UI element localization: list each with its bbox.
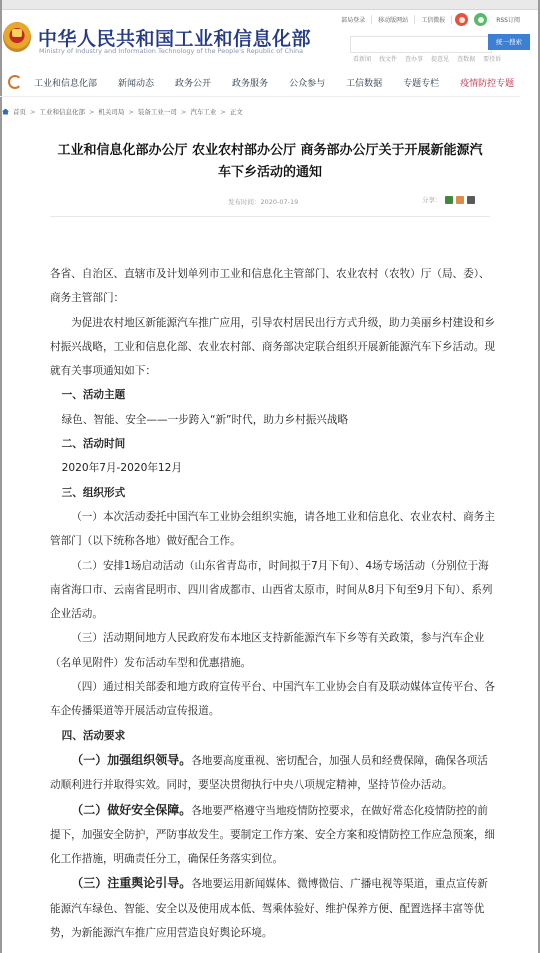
salutation: 各省、自治区、直辖市及计划单列市工业和信息化主管部门、农业农村（农牧）厅（局、委… (50, 262, 495, 311)
breadcrumb-home[interactable]: 首页 (13, 107, 26, 116)
quick-link-documents[interactable]: 找文件 (379, 54, 397, 63)
rss-link[interactable]: RSS订阅 (490, 15, 526, 24)
format-item-1: （一）本次活动委托中国汽车工业协会组织实施，请各地工业和信息化、农业农村、商务主… (50, 505, 495, 554)
requirement-lead: （二）做好安全保障。 (71, 803, 191, 817)
breadcrumb-auto-industry[interactable]: 汽车工业 (190, 107, 216, 116)
breadcrumb-current: 正文 (230, 107, 243, 116)
nav-item-news[interactable]: 新闻动态 (118, 76, 154, 89)
nav-item-topics[interactable]: 专题专栏 (403, 76, 439, 89)
breadcrumb-separator: > (181, 108, 186, 116)
intro-paragraph: 为促进农村地区新能源汽车推广应用，引导农村居民出行方式升级，助力美丽乡村建设和乡… (50, 311, 495, 384)
nav-item-gov-affairs[interactable]: 政务公开 (175, 76, 211, 89)
share-weibo-icon[interactable] (456, 196, 464, 204)
search-button[interactable]: 统一搜索 (488, 34, 530, 50)
requirement-lead: （三）注重舆论引导。 (71, 876, 191, 890)
breadcrumb-separator: > (128, 108, 133, 116)
breadcrumb: 首页 > 工业和信息化部 > 机关司局 > 装备工业一司 > 汽车工业 > 正文 (2, 107, 243, 116)
miit-logo-icon[interactable] (8, 75, 22, 89)
breadcrumb-separator: > (30, 108, 35, 116)
breadcrumb-departments[interactable]: 机关司局 (98, 107, 124, 116)
browser-top-bar (0, 0, 540, 10)
share-bar: 分享： (422, 195, 475, 204)
quick-link-news[interactable]: 看新闻 (353, 54, 371, 63)
login-link[interactable]: 部局登录 (335, 15, 372, 24)
section-heading-theme: 一、活动主题 (50, 383, 495, 407)
nav-item-home[interactable]: 工业和信息化部 (34, 76, 97, 89)
theme-text: 绿色、智能、安全——一步跨入“新”时代，助力乡村振兴战略 (50, 408, 495, 432)
format-item-2: （二）安排1场启动活动（山东省青岛市，时间拟于7月下旬）、4场专场活动（分别位于… (50, 554, 495, 627)
site-subtitle: Ministry of Industry and Information Tec… (39, 47, 303, 55)
nav-item-public-participation[interactable]: 公众参与 (289, 76, 325, 89)
requirement-lead: （一）加强组织领导。 (71, 753, 191, 767)
quick-link-complaint[interactable]: 要投诉 (483, 54, 501, 63)
nav-item-epidemic[interactable]: 疫情防控专题 (460, 76, 514, 89)
weibo-icon[interactable] (455, 13, 468, 26)
article-body: 各省、自治区、直辖市及计划单列市工业和信息化主管部门、农业农村（农牧）厅（局、委… (50, 262, 495, 945)
quick-links: 看新闻 找文件 查办事 提意见 查数据 要投诉 (353, 54, 501, 63)
section-heading-requirements: 四、活动要求 (50, 724, 495, 748)
section-heading-time: 二、活动时间 (50, 432, 495, 456)
quick-link-data[interactable]: 查数据 (457, 54, 475, 63)
top-links: 部局登录 移动版网站 工信微报 RSS订阅 (335, 13, 526, 26)
section-heading-format: 三、组织形式 (50, 481, 495, 505)
time-text: 2020年7月-2020年12月 (50, 456, 495, 480)
share-wechat-icon[interactable] (445, 196, 453, 204)
miit-weibo-link[interactable]: 工信微报 (415, 15, 452, 24)
national-emblem-icon[interactable] (3, 22, 31, 52)
share-print-icon[interactable] (467, 196, 475, 204)
format-item-3: （三）活动期间地方人民政府发布本地区支持新能源汽车下乡等有关政策，参与汽车企业（… (50, 626, 495, 675)
main-nav: 工业和信息化部 新闻动态 政务公开 政务服务 公众参与 工信数据 专题专栏 疫情… (0, 68, 520, 97)
requirement-item-1: （一）加强组织领导。各地要高度重视、密切配合，加强人员和经费保障，确保各项活动顺… (50, 748, 495, 798)
wechat-icon[interactable] (474, 13, 487, 26)
breadcrumb-separator: > (89, 108, 94, 116)
title-divider (50, 216, 490, 217)
nav-item-gov-services[interactable]: 政务服务 (232, 76, 268, 89)
screen-edge-left (0, 0, 2, 953)
breadcrumb-ministry[interactable]: 工业和信息化部 (39, 107, 85, 116)
publish-date: 发布时间：2020-07-19 (228, 197, 298, 206)
format-item-4: （四）通过相关部委和地方政府宣传平台、中国汽车工业协会自有及联动媒体宣传平台、各… (50, 675, 495, 724)
home-icon[interactable] (2, 109, 9, 115)
breadcrumb-separator: > (220, 108, 225, 116)
share-label: 分享： (422, 195, 442, 204)
article-title: 工业和信息化部办公厅 农业农村部办公厅 商务部办公厅关于开展新能源汽车下乡活动的… (52, 140, 488, 184)
requirement-item-2: （二）做好安全保障。各地要严格遵守当地疫情防控要求，在做好常态化疫情防控的前提下… (50, 798, 495, 872)
breadcrumb-equipment-dept[interactable]: 装备工业一司 (138, 107, 177, 116)
quick-link-services[interactable]: 查办事 (405, 54, 423, 63)
requirement-item-3: （三）注重舆论引导。各地要运用新闻媒体、微博微信、广播电视等渠道，重点宣传新能源… (50, 871, 495, 945)
search-input[interactable] (350, 36, 492, 53)
nav-item-data[interactable]: 工信数据 (346, 76, 382, 89)
mobile-site-link[interactable]: 移动版网站 (372, 15, 415, 24)
quick-link-feedback[interactable]: 提意见 (431, 54, 449, 63)
